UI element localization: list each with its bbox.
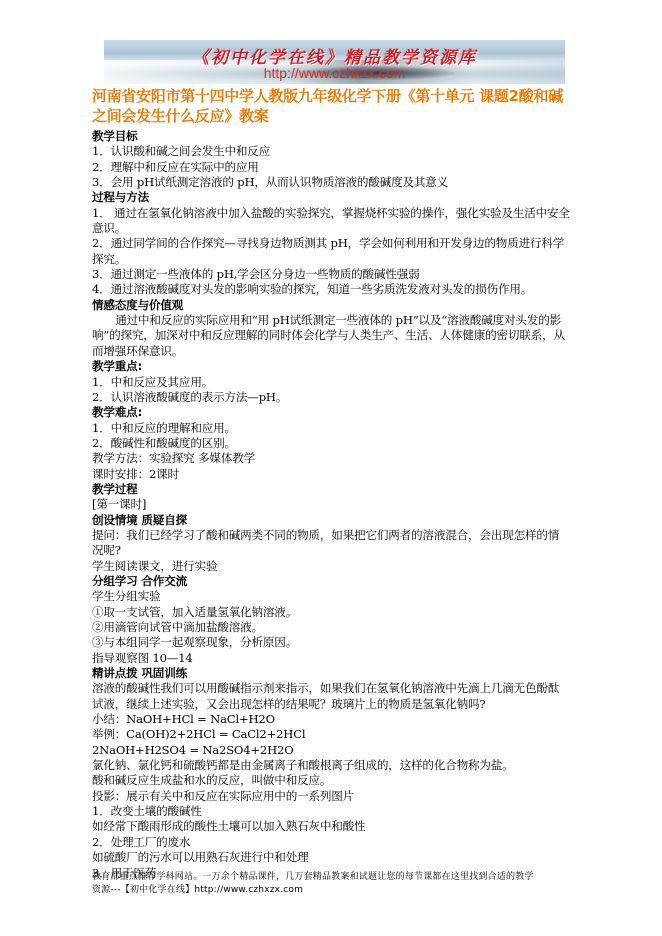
application-item: 2．处理工厂的废水 [92, 835, 570, 850]
document-title: 河南省安阳市第十四中学人教版九年级化学下册《第十单元 课题2酸和碱之间会发生什么… [92, 86, 570, 126]
site-banner: 《初中化学在线》精品教学资源库 http://www.czhxzx.com [104, 40, 565, 84]
read-instruction: 学生阅读课文，进行实验 [92, 559, 570, 574]
section-heading-explain: 精讲点拨 巩固训练 [92, 666, 570, 681]
class-schedule: 课时安排：2课时 [92, 467, 570, 482]
application-item: 如硫酸厂的污水可以用熟石灰进行中和处理 [92, 850, 570, 865]
goal-item: 3．会用 pH试纸测定溶液的 pH，从而认识物质溶液的酸碱度及其意义 [92, 175, 570, 190]
summary-equation: 小结：NaOH+HCl = NaCl+H2O [92, 712, 570, 727]
example-equation: 举例：Ca(OH)2+2HCl = CaCl2+2HCl [92, 727, 570, 742]
salt-definition: 氯化钠、氯化钙和硫酸钙都是由金属离子和酸根离子组成的，这样的化合物称为盐。 [92, 758, 570, 773]
key-point-item: 1．中和反应及其应用。 [92, 375, 570, 390]
example-equation: 2NaOH+H2SO4 = Na2SO4+2H2O [92, 743, 570, 758]
goal-item: 2．理解中和反应在实际中的应用 [92, 160, 570, 175]
section-heading-group: 分组学习 合作交流 [92, 574, 570, 589]
difficulty-item: 2．酸碱性和酸碱度的区别。 [92, 436, 570, 451]
section-heading-procedure: 教学过程 [92, 482, 570, 497]
process-item: 4．通过溶液酸碱度对头发的影响实验的探究，知道一些劣质洗发液对头发的损伤作用。 [92, 282, 570, 297]
process-item: 2．通过同学间的合作探究—寻找身边物质测其 pH，学会如何利用和开发身边的物质进… [92, 236, 570, 267]
section-heading-goals: 教学目标 [92, 129, 570, 144]
footer-line: 教育部重点推荐学科网站。一万余个精品课件，几万套精品教案和试题让您的每节课都在这… [92, 871, 572, 884]
section-heading-difficulties: 教学难点: [92, 405, 570, 420]
teaching-method: 教学方法：实验探究 多媒体教学 [92, 451, 570, 466]
application-item: 如经常下酸雨形成的酸性土壤可以加入熟石灰中和酸性 [92, 819, 570, 834]
banner-url-link[interactable]: http://www.czhxzx.com [104, 65, 565, 81]
footer-link[interactable]: 资源---【初中化学在线】http://www.czhxzx.com [92, 884, 572, 897]
explain-paragraph: 溶液的酸碱性我们可以用酸碱指示剂来指示，如果我们在氢氧化钠溶液中先滴上几滴无色酚… [92, 681, 570, 712]
experiment-step: ③与本组同学一起观察现象，分析原因。 [92, 635, 570, 650]
figure-guide: 指导观察图 10—14 [92, 651, 570, 666]
experiment-step: ①取一支试管，加入适量氢氧化钠溶液。 [92, 605, 570, 620]
experiment-step: ②用滴管向试管中滴加盐酸溶液。 [92, 620, 570, 635]
neutralization-definition: 酸和碱反应生成盐和水的反应，叫做中和反应。 [92, 773, 570, 788]
projection-note: 投影：展示有关中和反应在实际应用中的一系列图片 [92, 789, 570, 804]
process-item: 1． 通过在氢氧化钠溶液中加入盐酸的实验探究，掌握烧杯实验的操作，强化实验及生活… [92, 206, 570, 237]
process-item: 3．通过测定一些液体的 pH,学会区分身边一些物质的酸碱性强弱 [92, 267, 570, 282]
application-item: 1．改变土壤的酸碱性 [92, 804, 570, 819]
document-body: 河南省安阳市第十四中学人教版九年级化学下册《第十单元 课题2酸和碱之间会发生什么… [92, 86, 570, 881]
goal-item: 1．认识酸和碱之间会发生中和反应 [92, 144, 570, 159]
section-heading-attitude: 情感态度与价值观 [92, 298, 570, 313]
difficulty-item: 1．中和反应的理解和应用。 [92, 421, 570, 436]
group-experiment-label: 学生分组实验 [92, 589, 570, 604]
key-point-item: 2．认识溶液酸碱度的表示方法—pH。 [92, 390, 570, 405]
section-heading-process: 过程与方法 [92, 190, 570, 205]
attitude-paragraph: 通过中和反应的实际应用和“用 pH试纸测定一些液体的 pH”以及“溶液酸碱度对头… [92, 313, 570, 359]
section-heading-scene: 创设情境 质疑自探 [92, 513, 570, 528]
section-heading-key-points: 教学重点: [92, 359, 570, 374]
page-footer: 教育部重点推荐学科网站。一万余个精品课件，几万套精品教案和试题让您的每节课都在这… [92, 871, 572, 897]
lesson-label: [第一课时] [92, 497, 570, 512]
question-paragraph: 提问：我们已经学习了酸和碱两类不同的物质，如果把它们两者的溶液混合，会出现怎样的… [92, 528, 570, 559]
